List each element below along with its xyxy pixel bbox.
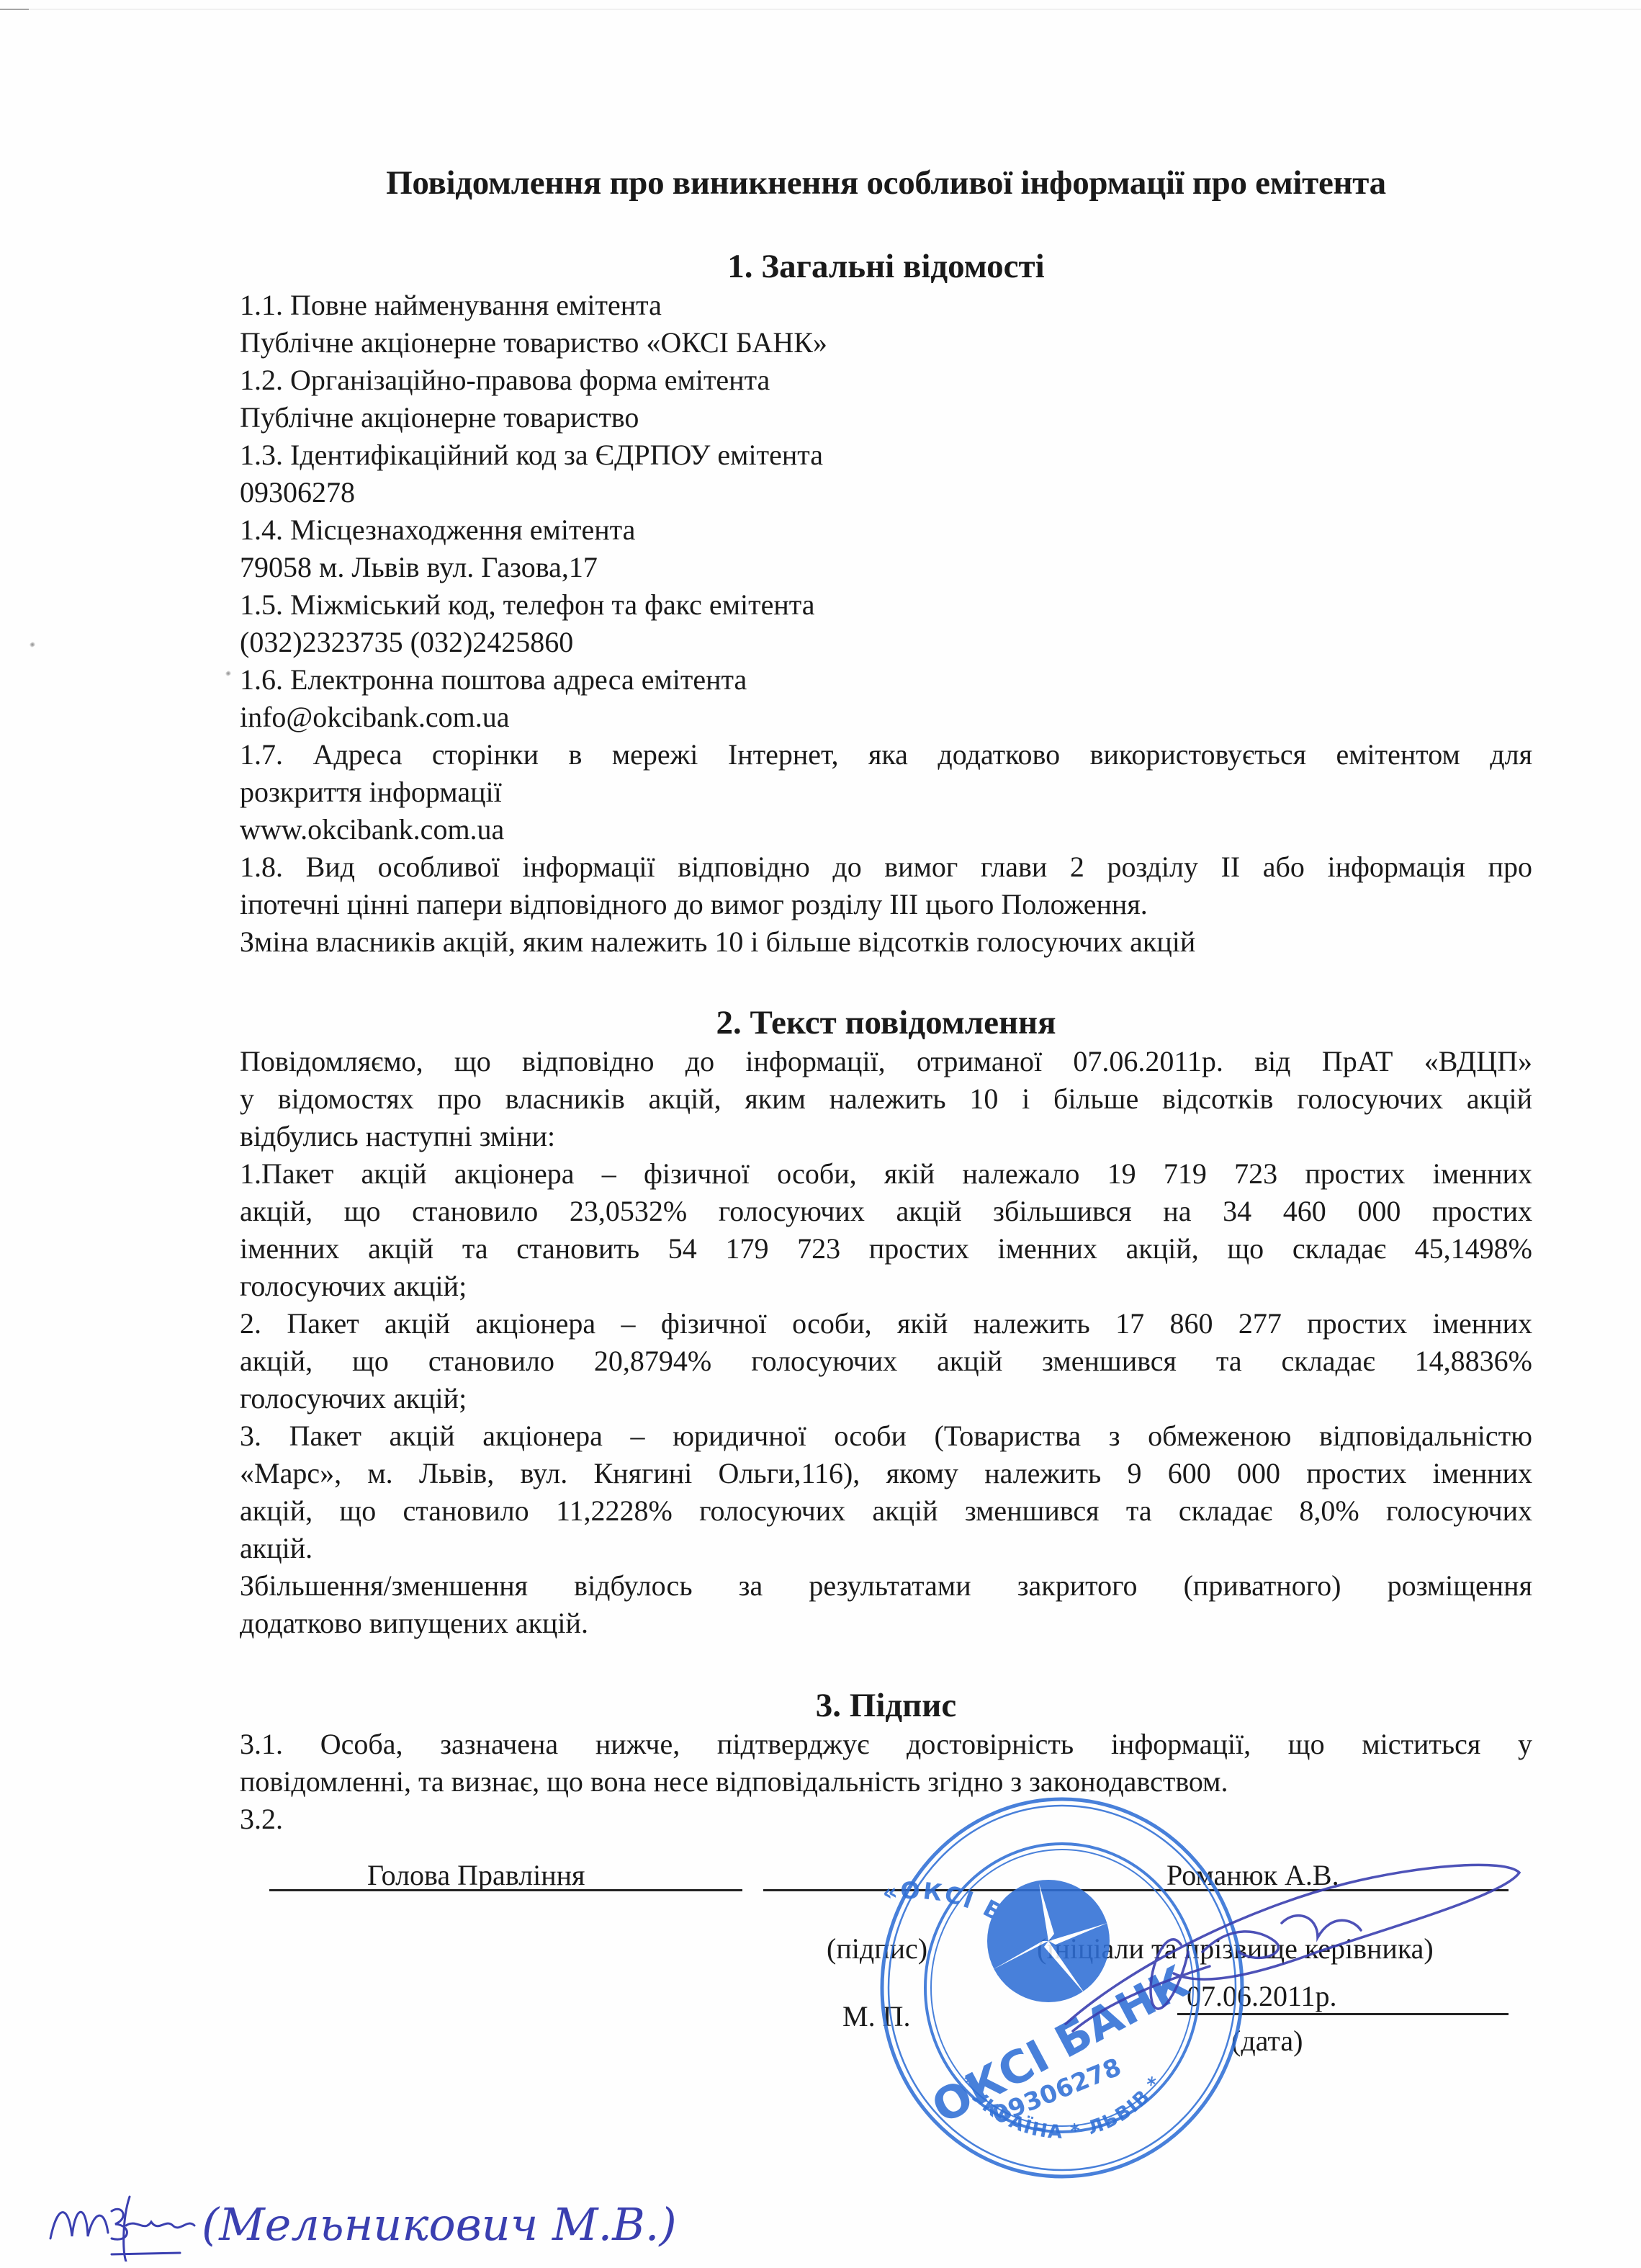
field-label-info-type-cont: іпотечні цінні папери відповідного до ви… (240, 886, 1148, 923)
field-label-full-name: 1.1. Повне найменування емітента (240, 287, 662, 324)
field-label-email: 1.6. Електронна поштова адреса емітента (240, 661, 747, 699)
field-value-phone-fax: (032)2323735 (032)2425860 (240, 624, 573, 661)
signature-statement: повідомленні, та визнає, що вона несе ві… (240, 1763, 1228, 1801)
scan-speck (28, 641, 37, 649)
scan-speck (224, 670, 233, 678)
message-line-summary: Збільшення/зменшення відбулось за резуль… (240, 1567, 1532, 1605)
message-line: відбулись наступні зміни: (240, 1118, 555, 1155)
message-line-item-1: іменних акцій та становить 54 179 723 пр… (240, 1230, 1532, 1268)
section-heading-message: 2. Текст повідомлення (240, 1003, 1532, 1043)
message-line-item-3: акцій, що становило 11,2228% голосуючих … (240, 1492, 1532, 1530)
signature-statement: 3.1. Особа, зазначена нижче, підтверджує… (240, 1726, 1532, 1763)
message-line-item-1: 1.Пакет акцій акціонера – фізичної особи… (240, 1155, 1532, 1193)
field-label-info-type: 1.8. Вид особливої інформації відповідно… (240, 848, 1532, 886)
signature-item-label: 3.2. (240, 1801, 283, 1838)
field-value-email: info@okcibank.com.ua (240, 699, 510, 736)
field-label-phone-fax: 1.5. Міжміський код, телефон та факс емі… (240, 586, 814, 624)
field-label-website-cont: розкриття інформації (240, 774, 502, 811)
message-line-item-2: 2. Пакет акцій акціонера – фізичної особ… (240, 1305, 1532, 1343)
message-line-summary: додатково випущених акцій. (240, 1605, 588, 1642)
field-value-legal-form: Публічне акціонерне товариство (240, 399, 639, 436)
field-value-location: 79058 м. Львів вул. Газова,17 (240, 549, 598, 586)
message-line-item-1: акцій, що становило 23,0532% голосуючих … (240, 1193, 1532, 1230)
field-label-edrpou: 1.3. Ідентифікаційний код за ЄДРПОУ еміт… (240, 436, 823, 474)
message-line: у відомостях про власників акцій, яким н… (240, 1080, 1532, 1118)
message-line-item-1: голосуючих акцій; (240, 1268, 467, 1305)
message-line: Повідомляємо, що відповідно до інформаці… (240, 1043, 1532, 1080)
scan-edge-artifact (0, 9, 1641, 10)
field-value-info-type: Зміна власників акцій, яким належить 10 … (240, 923, 1195, 961)
message-line-item-3: 3. Пакет акцій акціонера – юридичної осо… (240, 1417, 1532, 1455)
message-line-item-2: голосуючих акцій; (240, 1380, 467, 1417)
message-line-item-2: акцій, що становило 20,8794% голосуючих … (240, 1343, 1532, 1380)
message-line-item-3: «Марс», м. Львів, вул. Княгині Ольги,116… (240, 1455, 1532, 1492)
field-value-website: www.okcibank.com.ua (240, 811, 504, 848)
director-handwritten-signature (1044, 1844, 1548, 2060)
field-label-legal-form: 1.2. Організаційно-правова форма емітент… (240, 362, 770, 399)
section-heading-general: 1. Загальні відомості (240, 246, 1532, 287)
field-value-full-name: Публічне акціонерне товариство «ОКСІ БАН… (240, 324, 827, 362)
handwritten-note: (Мельникович М.В.) (43, 2182, 871, 2262)
message-line-item-3: акцій. (240, 1530, 313, 1567)
svg-text:(Мельникович М.В.): (Мельникович М.В.) (202, 2198, 677, 2251)
position-underline (269, 1889, 742, 1891)
section-heading-signature: 3. Підпис (240, 1685, 1532, 1726)
field-label-location: 1.4. Місцезнаходження емітента (240, 511, 635, 549)
document-page: Повідомлення про виникнення особливої ін… (0, 0, 1641, 2268)
document-title: Повідомлення про виникнення особливої ін… (240, 163, 1532, 203)
field-label-website: 1.7. Адреса сторінки в мережі Інтернет, … (240, 736, 1532, 774)
field-value-edrpou: 09306278 (240, 474, 355, 511)
